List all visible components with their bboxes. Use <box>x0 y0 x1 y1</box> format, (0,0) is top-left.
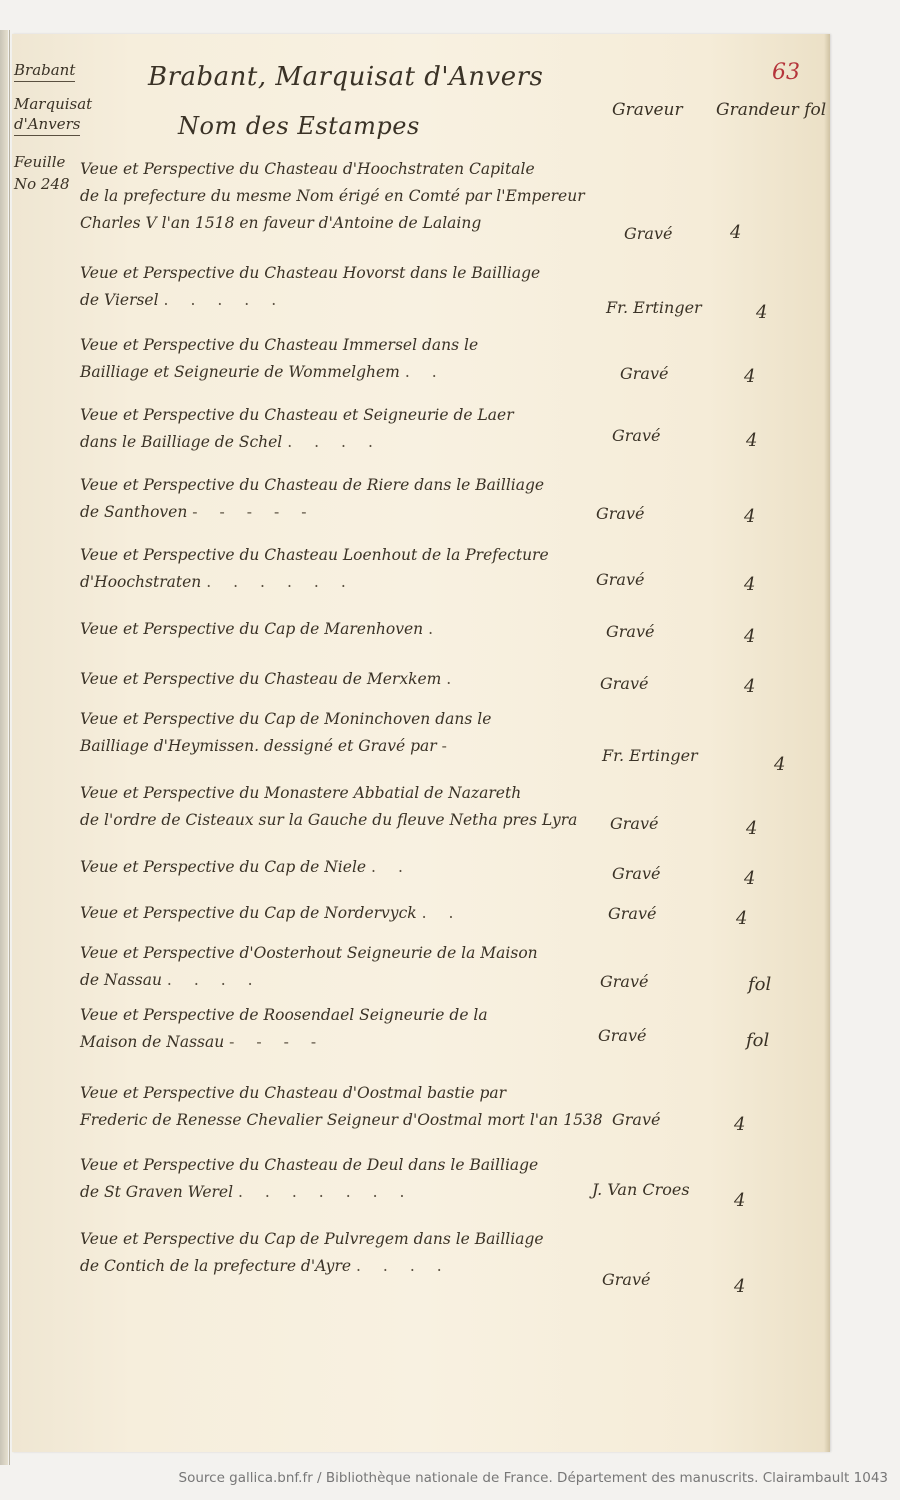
entry-line: Veue et Perspective du Chasteau et Seign… <box>80 402 620 429</box>
leader-dots: .... <box>167 971 275 989</box>
entry-engraver: J. Van Croes <box>592 1180 690 1199</box>
entry-engraver: Gravé <box>606 622 654 641</box>
leader-dots: ....... <box>238 1183 427 1201</box>
entry-line: Veue et Perspective du Chasteau Immersel… <box>80 332 620 359</box>
folio-number: 63 <box>772 60 800 85</box>
entry-line: Veue et Perspective de Roosendael Seigne… <box>80 1002 620 1029</box>
entry-engraver: Gravé <box>608 904 656 923</box>
margin-note-region: Brabant <box>14 60 75 82</box>
entry-engraver: Gravé <box>600 674 648 693</box>
list-item: Veue et Perspective du Cap de Pulvregem … <box>80 1226 620 1280</box>
page-subtitle: Nom des Estampes <box>178 112 420 140</box>
entry-line: dans le Bailliage de Schel <box>80 433 282 451</box>
entry-line: Veue et Perspective du Chasteau Loenhout… <box>80 542 620 569</box>
entry-size: fol <box>746 1030 769 1051</box>
entry-line: Bailliage d'Heymissen. dessigné et Gravé… <box>80 737 437 755</box>
entry-size: 4 <box>734 1190 745 1211</box>
margin-note-anvers: d'Anvers <box>14 114 80 136</box>
entry-size: 4 <box>734 1276 745 1297</box>
entry-line: Maison de Nassau <box>80 1033 224 1051</box>
entry-size: 4 <box>744 868 755 889</box>
entry-line: Veue et Perspective du Monastere Abbatia… <box>80 780 620 807</box>
list-item: Veue et Perspective du Cap de Marenhoven… <box>80 616 620 643</box>
entry-engraver: Fr. Ertinger <box>602 746 698 765</box>
list-item: Veue et Perspective du Cap de Nordervyck… <box>80 900 620 927</box>
entry-line: Veue et Perspective du Cap de Nordervyck <box>80 904 417 922</box>
list-item: Veue et Perspective du Chasteau de Riere… <box>80 472 620 526</box>
leader-dots: . <box>446 670 473 688</box>
entry-line: d'Hoochstraten <box>80 573 201 591</box>
manuscript-page: Brabant Marquisat d'Anvers Feuille No 24… <box>12 34 830 1452</box>
entry-line: Bailliage et Seigneurie de Wommelghem <box>80 363 400 381</box>
list-item: Veue et Perspective du Chasteau de Merxk… <box>80 666 620 693</box>
entry-line: Veue et Perspective du Chasteau d'Oostma… <box>80 1080 620 1107</box>
list-item: Veue et Perspective du Chasteau d'Oostma… <box>80 1080 620 1134</box>
entry-engraver: Gravé <box>612 1110 660 1129</box>
binding-line <box>9 30 10 1465</box>
entry-size: 4 <box>744 574 755 595</box>
entry-size: 4 <box>744 626 755 647</box>
leader-dots: ..... <box>164 291 299 309</box>
entry-engraver: Fr. Ertinger <box>606 298 702 317</box>
page-title: Brabant, Marquisat d'Anvers <box>148 62 543 92</box>
list-item: Veue et Perspective du Chasteau d'Hoochs… <box>80 156 620 237</box>
column-header-size: Grandeur fol <box>716 100 826 120</box>
entry-size: 4 <box>744 676 755 697</box>
entry-engraver: Gravé <box>610 814 658 833</box>
entry-line: de Santhoven <box>80 503 187 521</box>
list-item: Veue et Perspective d'Oosterhout Seigneu… <box>80 940 620 994</box>
list-item: Veue et Perspective du Cap de Moninchove… <box>80 706 620 760</box>
margin-note-marquisat: Marquisat <box>14 94 92 114</box>
entry-engraver: Gravé <box>620 364 668 383</box>
entry-line: Veue et Perspective du Chasteau d'Hoochs… <box>80 156 620 183</box>
entry-size: 4 <box>744 366 755 387</box>
binding-edge <box>0 30 8 1465</box>
leader-dots: .... <box>287 433 395 451</box>
entry-line: Veue et Perspective d'Oosterhout Seigneu… <box>80 940 620 967</box>
entry-size: 4 <box>746 430 757 451</box>
leader-dots: ----- <box>192 503 328 521</box>
entry-line: de Contich de la prefecture d'Ayre <box>80 1257 351 1275</box>
entry-line: de Nassau <box>80 971 162 989</box>
entry-size: 4 <box>744 506 755 527</box>
entry-line: de la prefecture du mesme Nom érigé en C… <box>80 183 620 210</box>
entry-size: 4 <box>734 1114 745 1135</box>
entry-line: de Viersel <box>80 291 159 309</box>
entry-line: de St Graven Werel <box>80 1183 233 1201</box>
entry-size: fol <box>748 974 771 995</box>
entry-size: 4 <box>736 908 747 929</box>
entry-line: Veue et Perspective du Cap de Moninchove… <box>80 706 620 733</box>
entry-line: de l'ordre de Cisteaux sur la Gauche du … <box>80 807 620 834</box>
entry-engraver: Gravé <box>600 972 648 991</box>
list-item: Veue et Perspective de Roosendael Seigne… <box>80 1002 620 1056</box>
leader-dots: ...... <box>206 573 368 591</box>
entry-engraver: Gravé <box>596 570 644 589</box>
list-item: Veue et Perspective du Chasteau et Seign… <box>80 402 620 456</box>
entry-size: 4 <box>774 754 785 775</box>
leader-dots: .... <box>356 1257 464 1275</box>
list-item: Veue et Perspective du Chasteau Hovorst … <box>80 260 620 314</box>
leader-dots: - <box>442 737 469 755</box>
list-item: Veue et Perspective du Chasteau de Deul … <box>80 1152 620 1206</box>
leader-dots: . <box>428 620 455 638</box>
entry-engraver: Gravé <box>598 1026 646 1045</box>
column-header-engraver: Graveur <box>612 100 683 120</box>
entry-engraver: Gravé <box>612 864 660 883</box>
entry-engraver: Gravé <box>612 426 660 445</box>
entry-line: Charles V l'an 1518 en faveur d'Antoine … <box>80 210 620 237</box>
entry-line: Veue et Perspective du Chasteau Hovorst … <box>80 260 620 287</box>
entry-line: Veue et Perspective du Chasteau de Merxk… <box>80 670 441 688</box>
entry-line: Veue et Perspective du Cap de Niele <box>80 858 366 876</box>
entry-line: Veue et Perspective du Chasteau de Riere… <box>80 472 620 499</box>
margin-note-number: No 248 <box>14 174 70 194</box>
entry-engraver: Gravé <box>596 504 644 523</box>
entry-line: Veue et Perspective du Cap de Marenhoven <box>80 620 423 638</box>
leader-dots: .. <box>405 363 459 381</box>
margin-note-feuille: Feuille <box>14 152 65 172</box>
leader-dots: .. <box>371 858 425 876</box>
leader-dots: ---- <box>229 1033 338 1051</box>
entry-size: 4 <box>730 222 741 243</box>
list-item: Veue et Perspective du Cap de Niele .. <box>80 854 620 881</box>
entry-line: Veue et Perspective du Chasteau de Deul … <box>80 1152 620 1179</box>
entry-engraver: Gravé <box>602 1270 650 1289</box>
leader-dots: .. <box>422 904 476 922</box>
entry-size: 4 <box>746 818 757 839</box>
list-item: Veue et Perspective du Monastere Abbatia… <box>80 780 620 834</box>
list-item: Veue et Perspective du Chasteau Loenhout… <box>80 542 620 596</box>
entry-size: 4 <box>756 302 767 323</box>
entry-engraver: Gravé <box>624 224 672 243</box>
entry-line: Frederic de Renesse Chevalier Seigneur d… <box>80 1107 620 1134</box>
source-attribution: Source gallica.bnf.fr / Bibliothèque nat… <box>0 1470 888 1486</box>
list-item: Veue et Perspective du Chasteau Immersel… <box>80 332 620 386</box>
entry-line: Veue et Perspective du Cap de Pulvregem … <box>80 1226 620 1253</box>
